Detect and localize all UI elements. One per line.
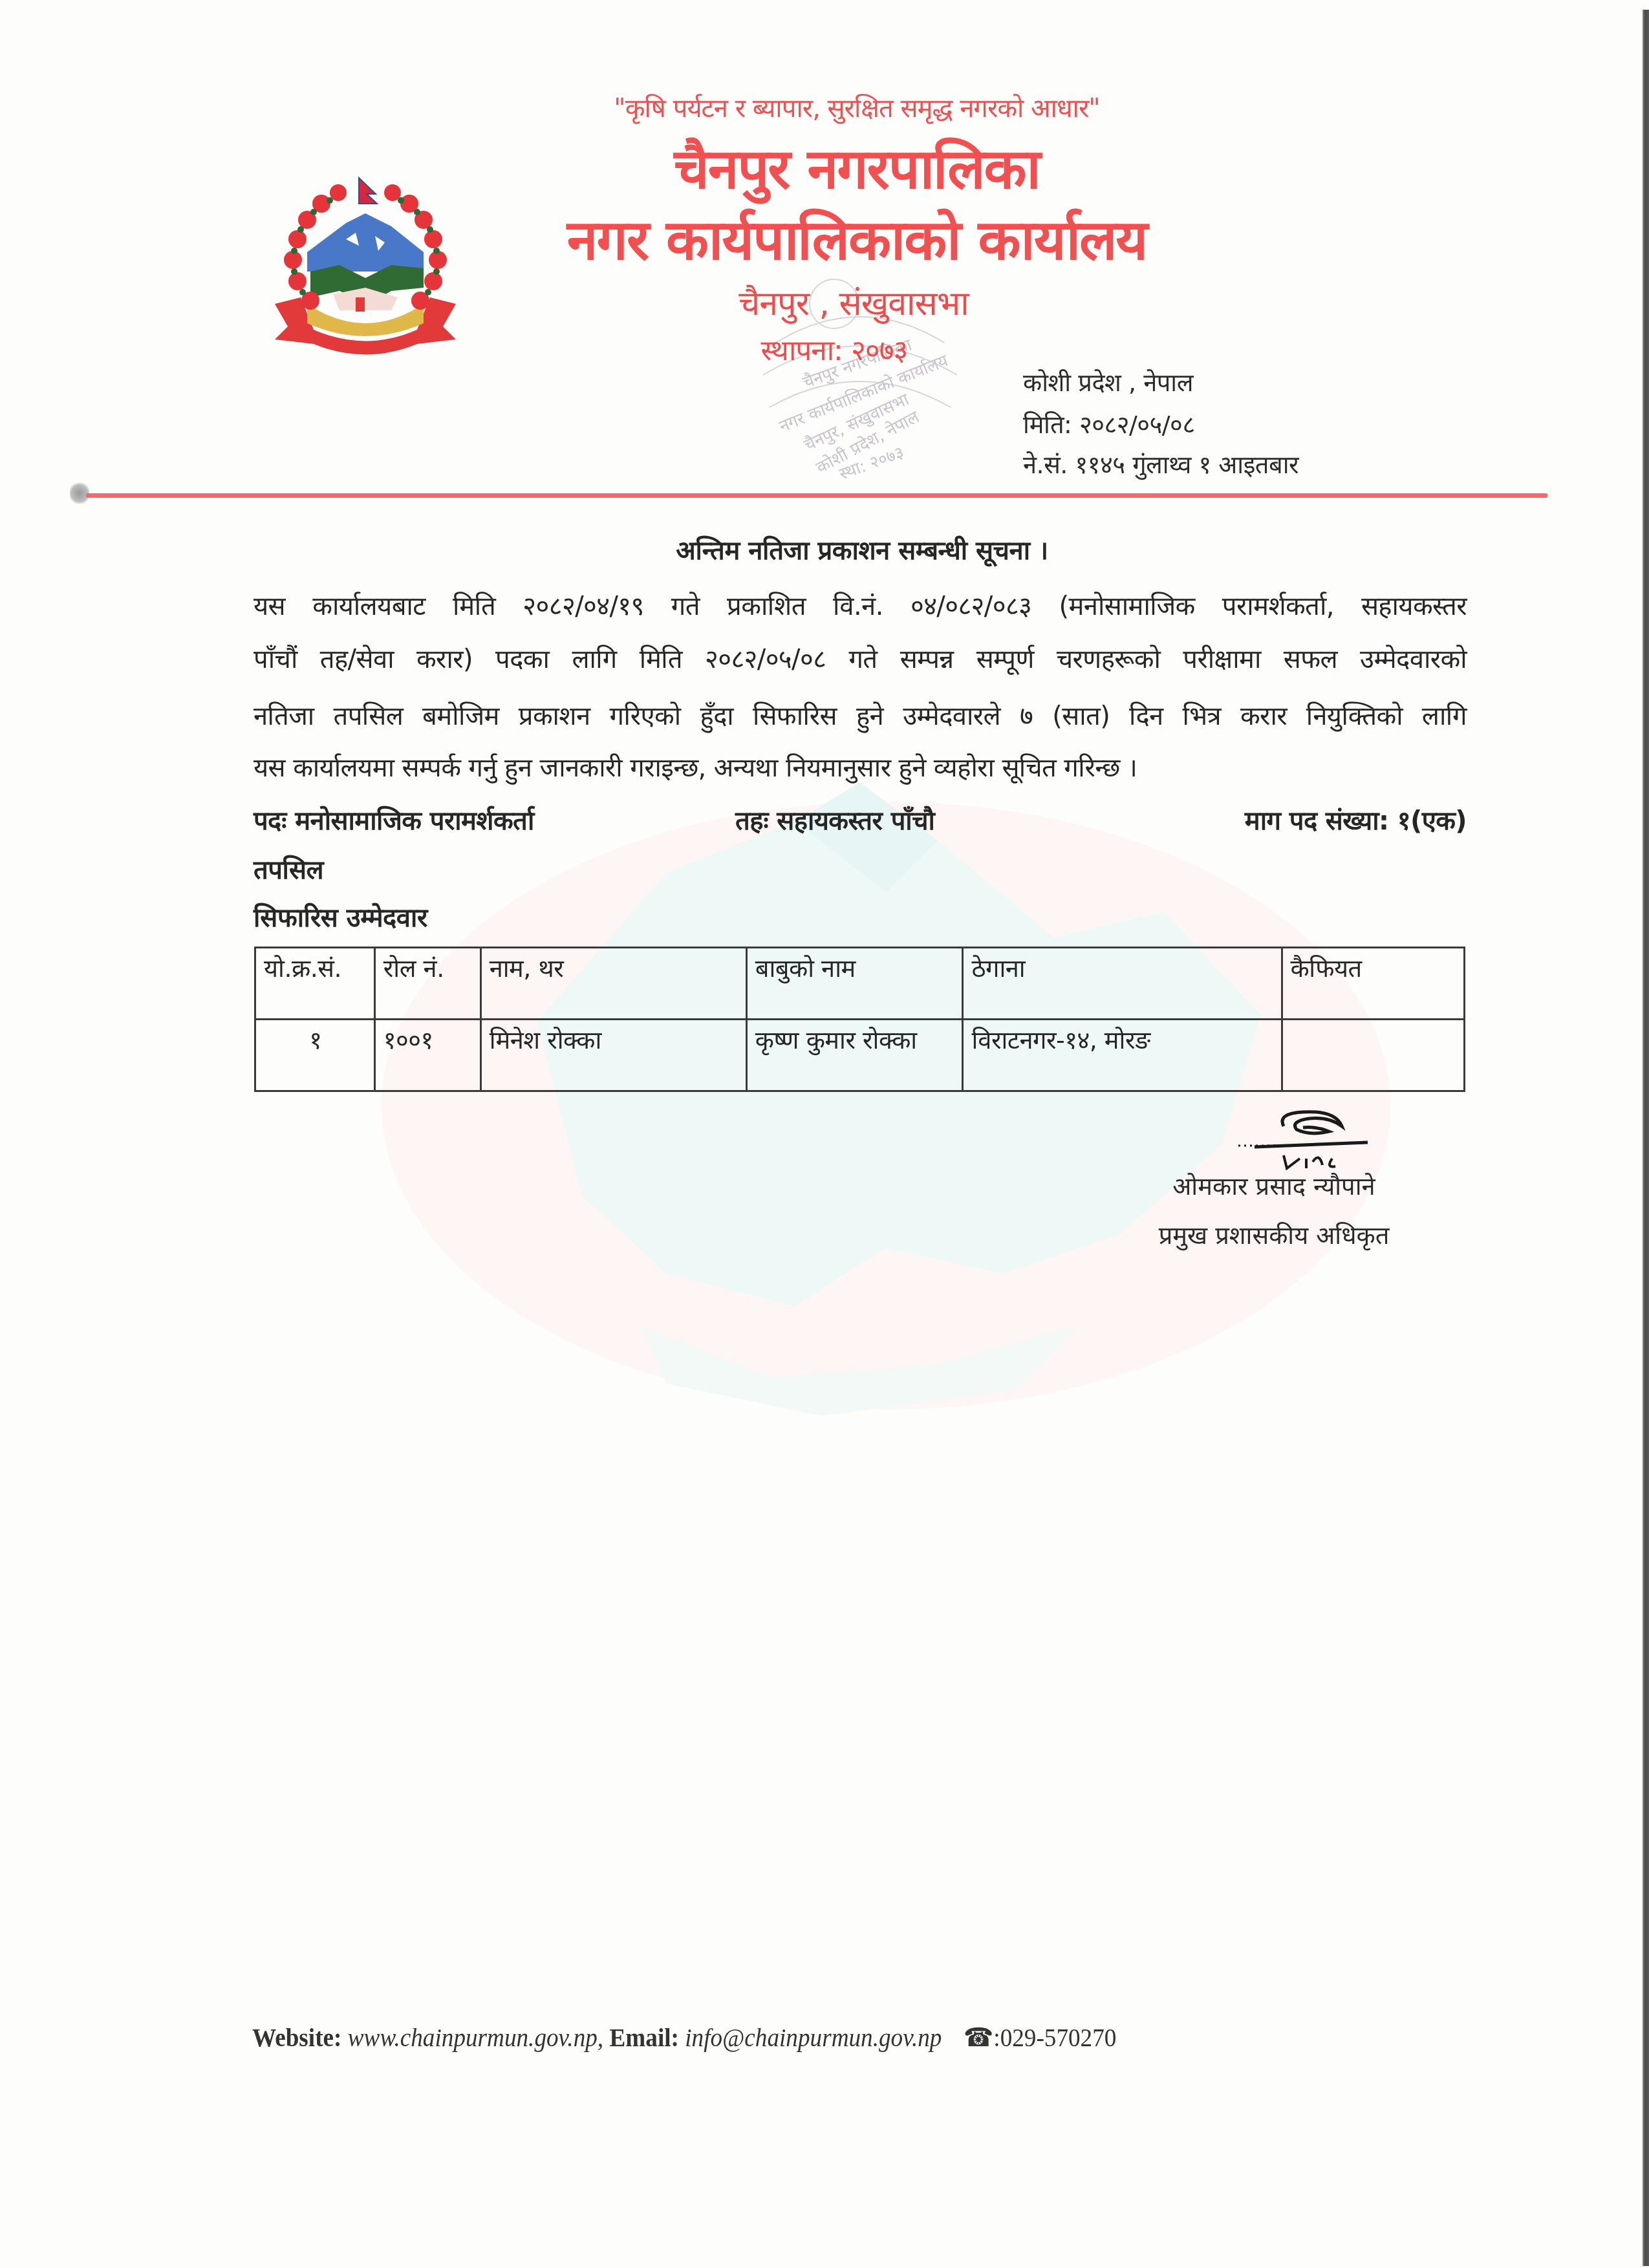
nepal-emblem-icon (262, 175, 469, 362)
notice-body-line: यस कार्यालयबाट मिति २०८२/०४/१९ गते प्रका… (253, 587, 1467, 623)
table-cell-serial: १ (255, 1020, 375, 1091)
table-header-cell: ठेगाना (963, 948, 1282, 1020)
email-label: Email: (609, 2023, 678, 2052)
email-link[interactable]: info@chainpurmun.gov.np (685, 2023, 942, 2052)
table-header-cell: बाबुको नाम (746, 948, 963, 1020)
recommended-candidates-label: सिफारिस उम्मेदवार (253, 899, 427, 934)
province-address: कोशी प्रदेश , नेपाल (1023, 365, 1193, 399)
notice-body-line: यस कार्यालयमा सम्पर्क गर्नु हुन जानकारी … (253, 749, 1137, 784)
letter-date: मिति: २०८२/०५/०८ (1023, 407, 1195, 441)
notice-body-line: नतिजा तपसिल बमोजिम प्रकाशन गरिएको हुँदा … (253, 697, 1467, 733)
table-row: १ १००१ मिनेश रोक्का कृष्ण कुमार रोक्का व… (255, 1020, 1465, 1091)
phone-number: :029-570270 (993, 2023, 1116, 2052)
table-header-cell: नाम, थर (480, 948, 746, 1020)
table-cell-name: मिनेश रोक्का (480, 1020, 746, 1091)
table-header-cell: यो.क्र.सं. (255, 948, 375, 1020)
municipality-slogan: "कृषि पर्यटन र ब्यापार, सुरक्षित समृद्ध … (0, 89, 1649, 125)
vacancy-count: माग पद संख्या: १(एक) (1245, 802, 1467, 837)
phone-icon: ☎ (964, 2022, 993, 2053)
signatory-title: प्रमुख प्रशासकीय अधिकृत (1125, 1218, 1423, 1252)
established-year: स्थापना: २०७३ (647, 330, 1022, 369)
scanner-edge (1643, 10, 1649, 2266)
contact-footer: Website: www.chainpurmun.gov.np, Email: … (252, 2022, 1116, 2053)
table-cell-remarks (1282, 1020, 1464, 1091)
results-table: यो.क्र.सं. रोल नं. नाम, थर बाबुको नाम ठे… (254, 947, 1465, 1092)
table-cell-roll: १००१ (374, 1020, 480, 1091)
post-level: तहः सहायकस्तर पाँचौ (735, 802, 934, 837)
nepal-sambat-date: ने.सं. ११४५ गुंलाथ्व १ आइतबार (1023, 447, 1299, 481)
municipality-name: चैनपुर नगरपालिका (0, 129, 1649, 205)
details-label: तपसिल (253, 851, 323, 886)
website-label: Website: (252, 2023, 341, 2052)
table-cell-father-name: कृष्ण कुमार रोक्का (746, 1020, 963, 1091)
notice-body-line: पाँचौं तह/सेवा करार) पदका लागि मिति २०८२… (253, 640, 1467, 676)
header-divider (86, 493, 1547, 498)
municipality-location: चैनपुर , संखुवासभा (647, 279, 1061, 325)
table-header-cell: रोल नं. (374, 948, 480, 1020)
table-header-cell: कैफियत (1282, 948, 1464, 1020)
notice-subject: अन्तिम नतिजा प्रकाशन सम्बन्धी सूचना । (0, 531, 1649, 567)
signature-scribble (1238, 1107, 1381, 1171)
post-details-row: पदः मनोसामाजिक परामर्शकर्ता तहः सहायकस्त… (253, 802, 1467, 838)
table-header-row: यो.क्र.सं. रोल नं. नाम, थर बाबुको नाम ठे… (255, 948, 1465, 1020)
signatory-name: ओमकार प्रसाद न्यौपाने (1138, 1169, 1410, 1203)
website-link[interactable]: www.chainpurmun.gov.np, (348, 2023, 603, 2052)
table-cell-address: विराटनगर-१४, मोरङ (963, 1020, 1282, 1091)
post-name: पदः मनोसामाजिक परामर्शकर्ता (253, 802, 534, 837)
